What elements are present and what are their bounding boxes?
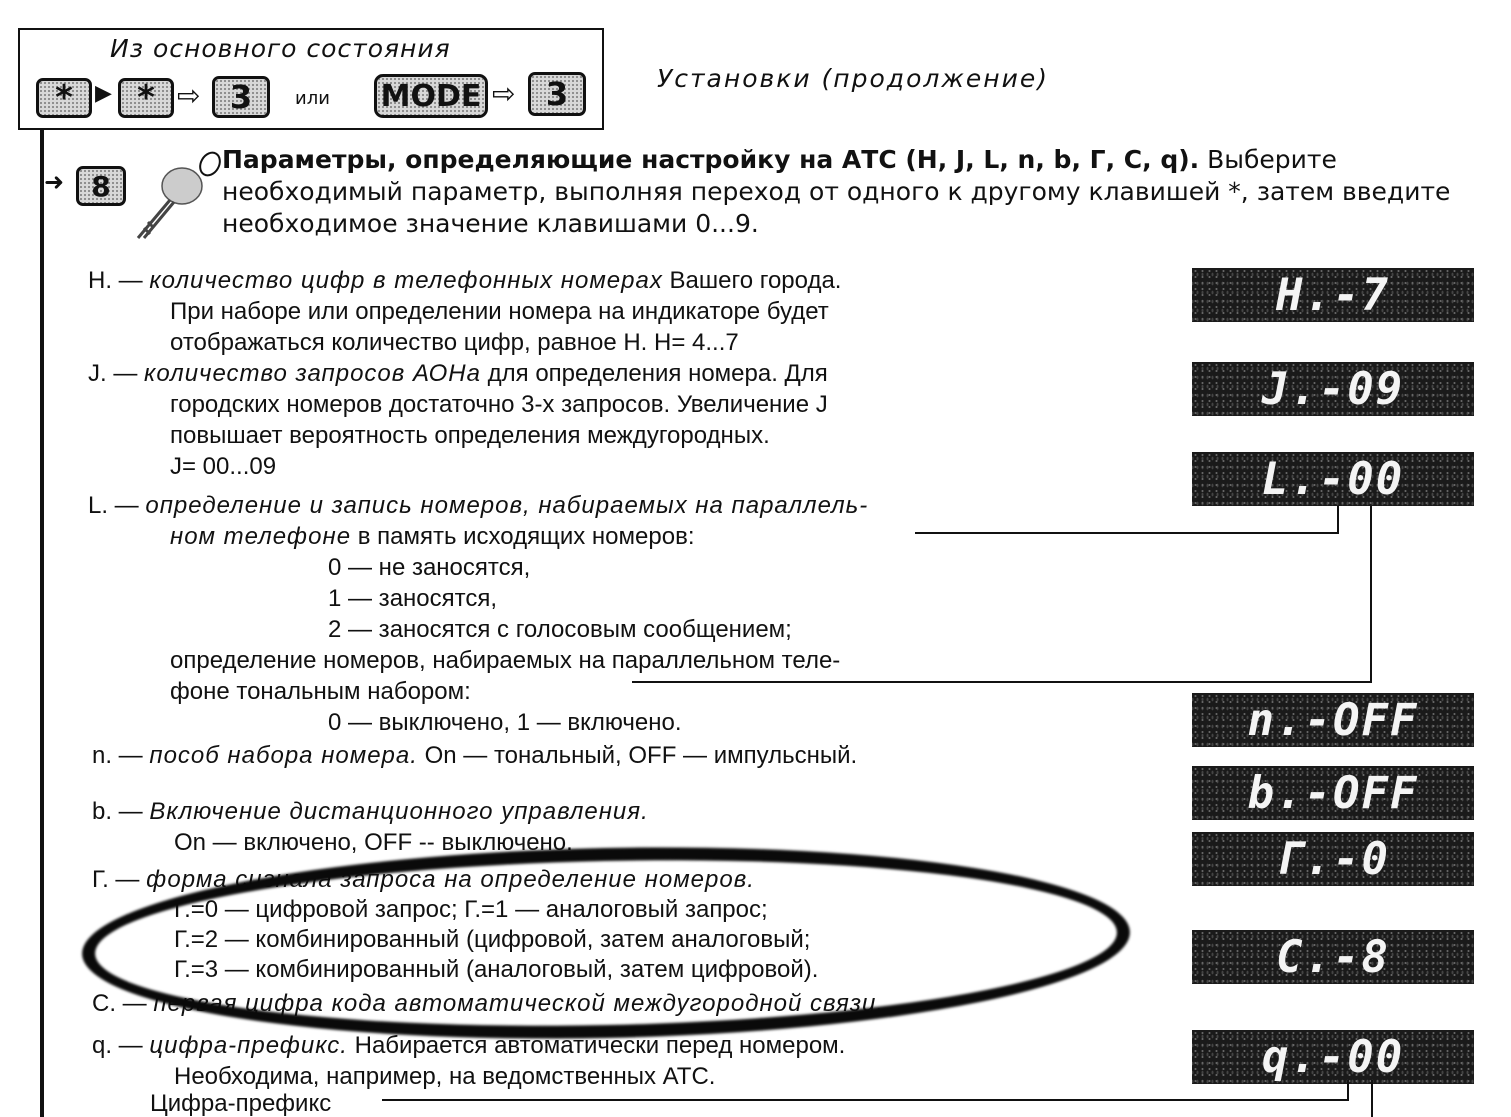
eight-key-icon: 8 bbox=[76, 166, 126, 206]
display-l: L.-00 bbox=[1192, 452, 1474, 506]
step-lead: Параметры, определяющие настройку на АТС… bbox=[222, 145, 1199, 174]
star-key-icon: * bbox=[118, 78, 174, 118]
page-title: Установки (продолжение) bbox=[657, 64, 1049, 93]
display-n: n.-OFF bbox=[1192, 693, 1474, 747]
display-b: b.-OFF bbox=[1192, 766, 1474, 820]
hollow-arrow-icon: ⇨ bbox=[492, 80, 515, 108]
param-h: H. — количество цифр в телефонных номера… bbox=[88, 265, 841, 358]
arrow-right-icon: ➜ bbox=[44, 170, 64, 194]
three-key-icon: 3 bbox=[212, 76, 270, 118]
display-j: J.-09 bbox=[1192, 362, 1474, 416]
display-h: H.-7 bbox=[1192, 268, 1474, 322]
header-box-title: Из основного состояния bbox=[110, 34, 451, 63]
display-g: Г.-0 bbox=[1192, 832, 1474, 886]
connector-line bbox=[1371, 1080, 1373, 1117]
param-j: J. — количество запросов АОНа для опреде… bbox=[88, 358, 828, 482]
display-q: q.-00 bbox=[1192, 1030, 1474, 1084]
arrow-right-icon: ▶ bbox=[95, 83, 112, 105]
hollow-arrow-icon: ⇨ bbox=[177, 82, 200, 110]
param-l: L. — определение и запись номеров, набир… bbox=[88, 490, 868, 738]
mode-key-icon: MODE bbox=[374, 74, 488, 118]
flow-line bbox=[40, 130, 44, 1117]
connector-line bbox=[632, 681, 1372, 683]
connector-line bbox=[915, 532, 1339, 534]
display-c: C.-8 bbox=[1192, 930, 1474, 984]
connector-line bbox=[1337, 506, 1339, 534]
param-q: q. — цифра-префикс. Набирается автоматич… bbox=[92, 1030, 845, 1117]
three-key-icon: 3 bbox=[528, 72, 586, 116]
connector-line bbox=[382, 1099, 1349, 1101]
connector-line bbox=[1370, 506, 1372, 683]
or-label: или bbox=[295, 88, 330, 109]
star-key-icon: * bbox=[36, 78, 92, 118]
key-icon bbox=[130, 150, 222, 242]
step-description: Параметры, определяющие настройку на АТС… bbox=[222, 144, 1482, 240]
param-n: n. — пособ набора номера. On — тональный… bbox=[92, 740, 857, 771]
connector-line bbox=[1347, 1080, 1349, 1101]
